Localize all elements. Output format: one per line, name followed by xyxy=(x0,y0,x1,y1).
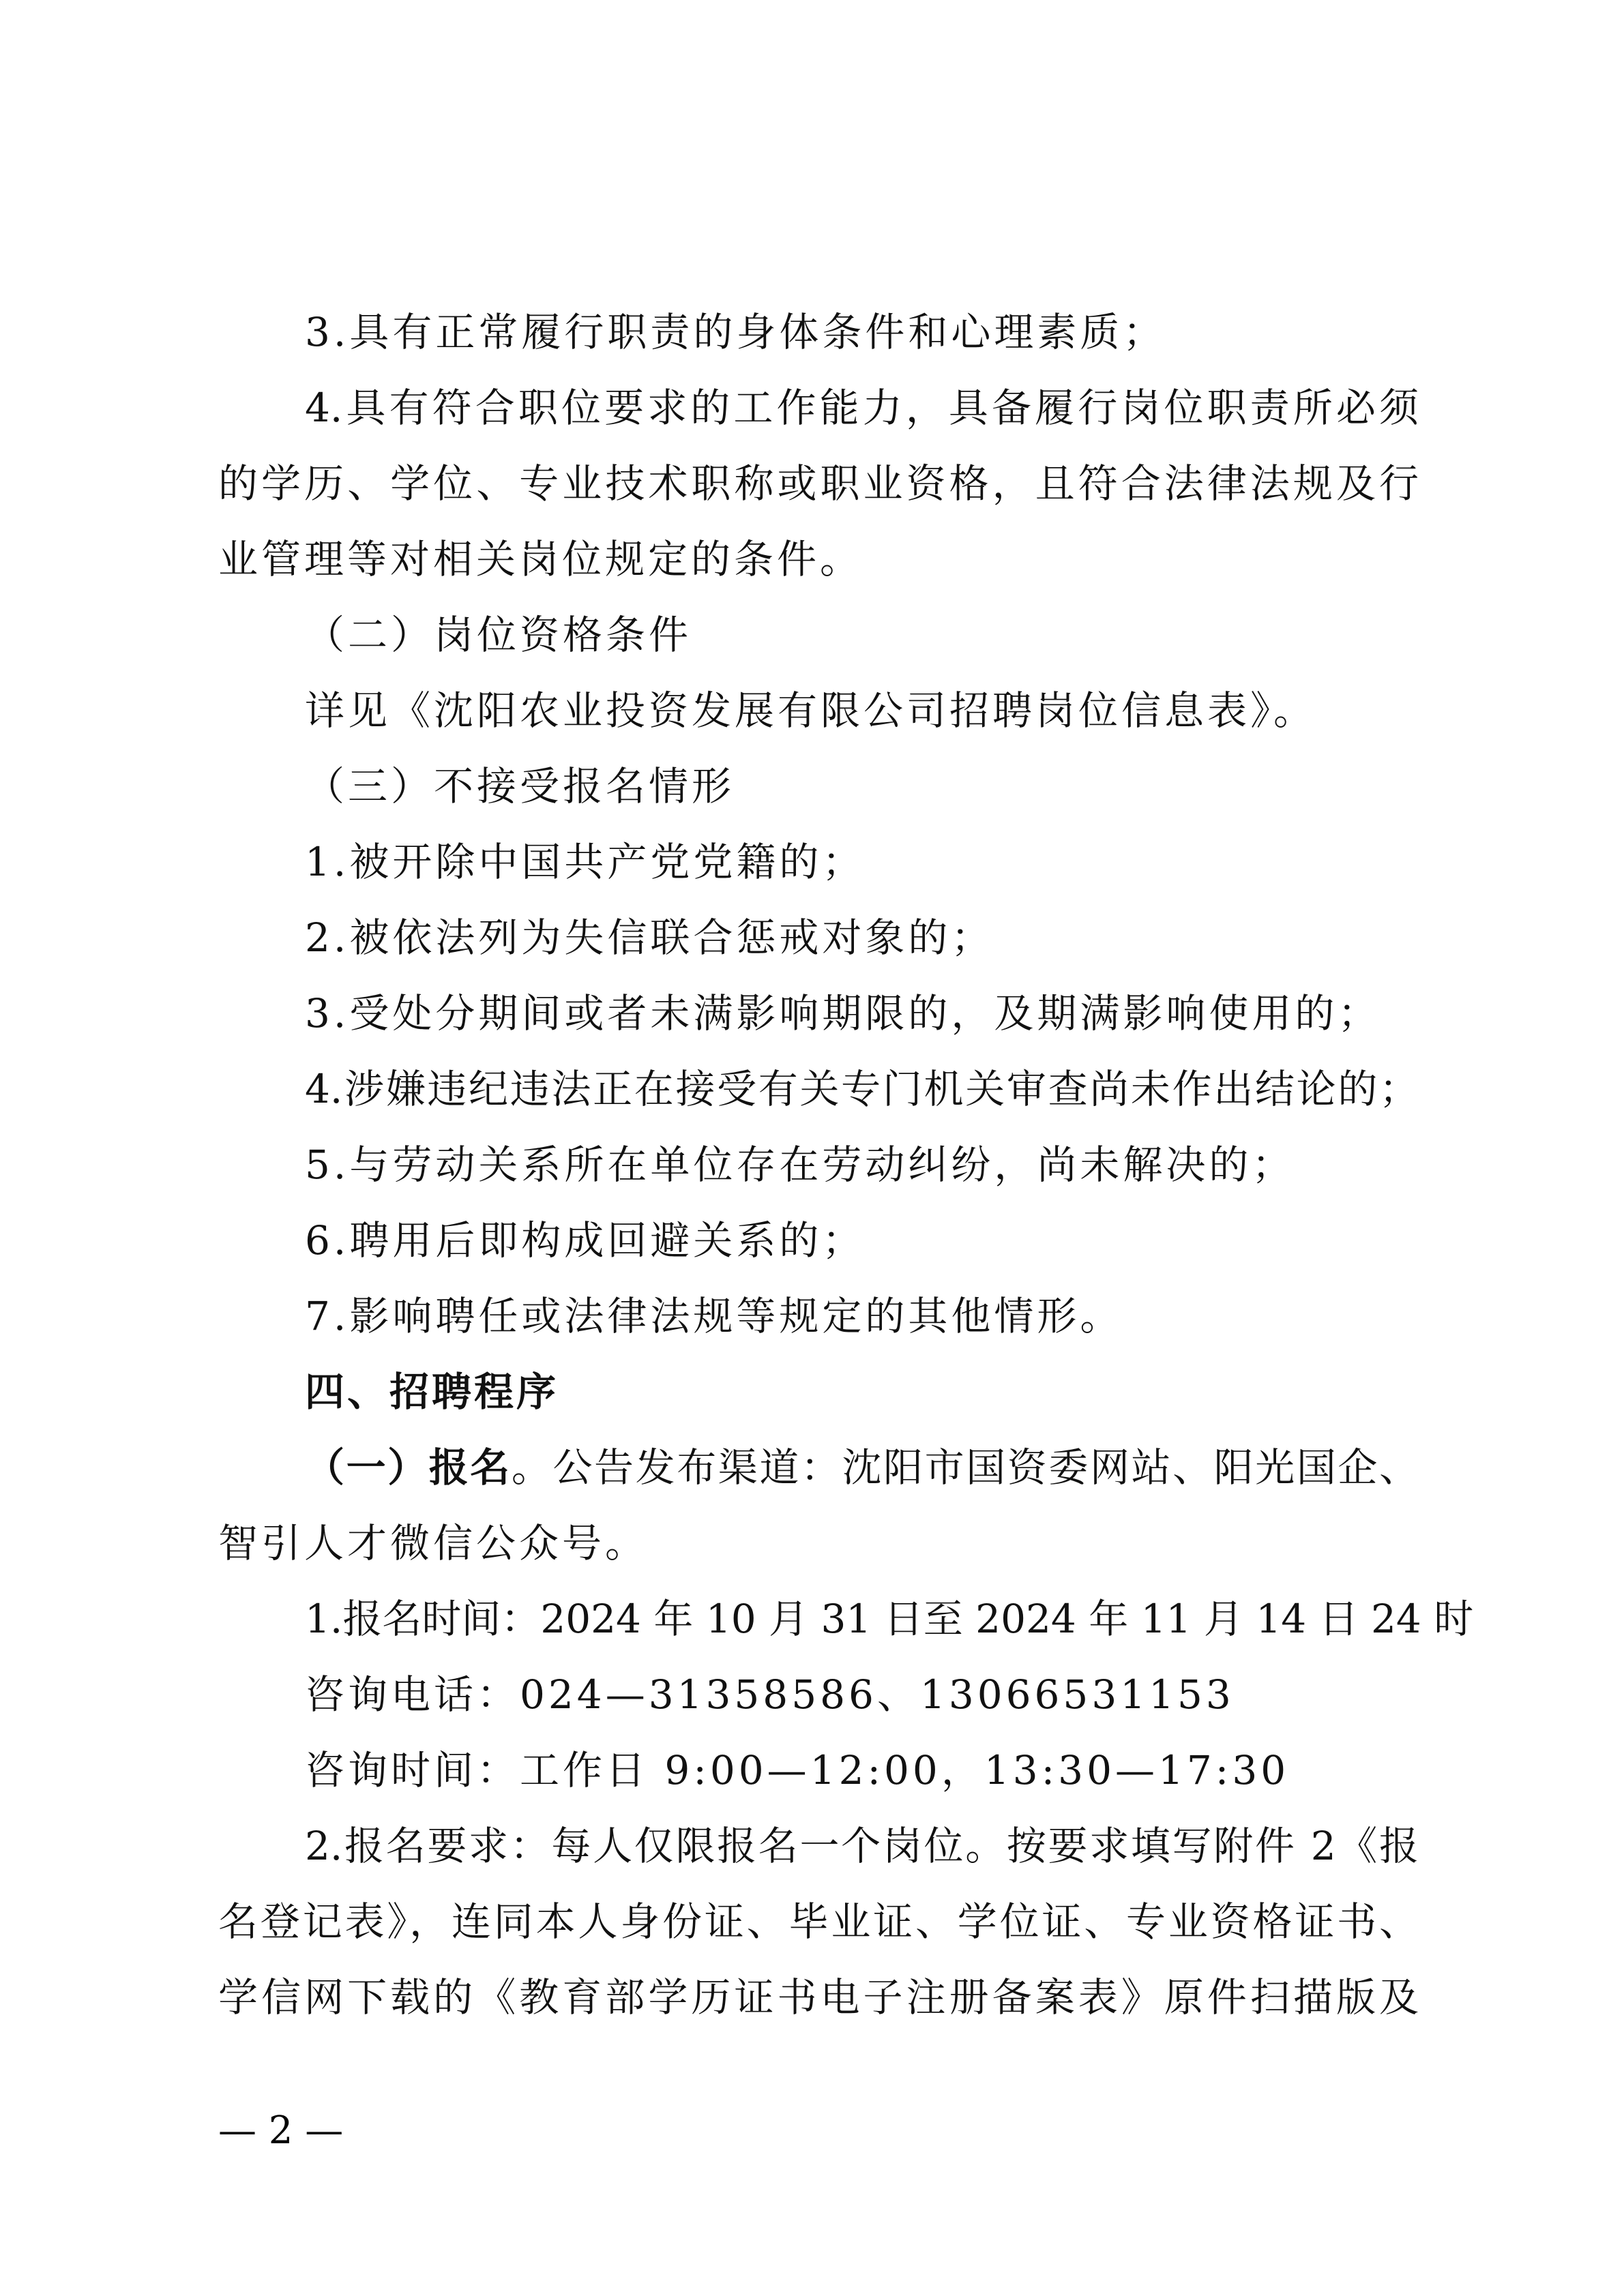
registration-channels-line-1: （一）报名。公告发布渠道：沈阳市国资委网站、阳光国企、 xyxy=(305,1430,1419,1505)
ineligible-item-2: 2.被依法列为失信联合惩戒对象的； xyxy=(305,900,1419,975)
registration-requirements-line-2: 名登记表》，连同本人身份证、毕业证、学位证、专业资格证书、 xyxy=(218,1884,1419,1959)
consultation-hours: 咨询时间：工作日 9:00—12:00，13:30—17:30 xyxy=(305,1733,1419,1808)
page-number: — 2 — xyxy=(218,2104,343,2158)
ineligible-item-5: 5.与劳动关系所在单位存在劳动纠纷，尚未解决的； xyxy=(305,1127,1419,1202)
qualification-item-3: 3.具有正常履行职责的身体条件和心理素质； xyxy=(305,295,1419,370)
subsection-heading-position-qualifications: （二）岗位资格条件 xyxy=(305,597,1419,672)
ineligible-item-6: 6.聘用后即构成回避关系的； xyxy=(305,1203,1419,1278)
ineligible-item-4: 4.涉嫌违纪违法正在接受有关专门机关审查尚未作出结论的； xyxy=(305,1052,1419,1127)
ineligible-item-3: 3.受处分期间或者未满影响期限的，及期满影响使用的； xyxy=(305,976,1419,1051)
position-info-reference: 详见《沈阳农业投资发展有限公司招聘岗位信息表》。 xyxy=(305,673,1419,748)
registration-channels-text: 。公告发布渠道：沈阳市国资委网站、阳光国企、 xyxy=(512,1444,1419,1491)
subsection-heading-ineligible: （三）不接受报名情形 xyxy=(305,749,1419,824)
consultation-phone: 咨询电话：024—31358586、13066531153 xyxy=(305,1657,1419,1732)
qualification-item-4-line-2: 的学历、学位、专业技术职称或职业资格，且符合法律法规及行 xyxy=(218,446,1419,521)
registration-requirements-line-3: 学信网下载的《教育部学历证书电子注册备案表》原件扫描版及 xyxy=(218,1960,1419,2035)
qualification-item-4-line-3: 业管理等对相关岗位规定的条件。 xyxy=(218,522,1419,597)
qualification-item-4-line-1: 4.具有符合职位要求的工作能力，具备履行岗位职责所必须 xyxy=(305,370,1419,445)
ineligible-item-1: 1.被开除中国共产党党籍的； xyxy=(305,824,1419,899)
document-page: 3.具有正常履行职责的身体条件和心理素质； 4.具有符合职位要求的工作能力，具备… xyxy=(0,0,1624,2296)
registration-period: 1.报名时间：2024 年 10 月 31 日至 2024 年 11 月 14 … xyxy=(305,1581,1419,1656)
registration-channels-line-2: 智引人才微信公众号。 xyxy=(218,1506,1419,1581)
subsection-heading-registration: （一）报名 xyxy=(305,1444,512,1491)
ineligible-item-7: 7.影响聘任或法律法规等规定的其他情形。 xyxy=(305,1279,1419,1354)
section-heading-recruitment-procedure: 四、招聘程序 xyxy=(305,1354,1419,1429)
registration-requirements-line-1: 2.报名要求：每人仅限报名一个岗位。按要求填写附件 2《报 xyxy=(305,1808,1419,1883)
